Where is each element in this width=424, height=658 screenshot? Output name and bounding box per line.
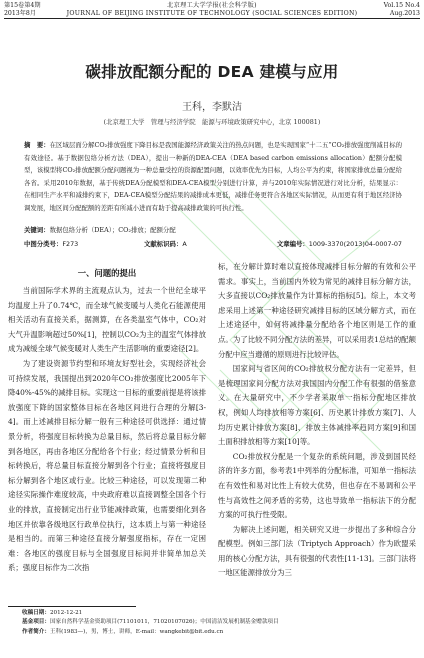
article-title: 碳排放配额分配的 DEA 建模与应用	[0, 60, 424, 82]
header-divider	[4, 18, 420, 19]
journal-name-cn: 北京理工大学学报(社会科学版)	[56, 2, 368, 10]
footnote-divider	[8, 606, 136, 607]
body-paragraph: CO₂排放权分配是一个复杂的系统问题，涉及到国民经济的许多方面，参考表1中列举的…	[218, 450, 416, 523]
article-no-value: 1009-3370(2013)04-0007-07	[309, 240, 402, 248]
clc-value: F273	[62, 240, 78, 248]
doc-code-value: A	[182, 240, 186, 248]
body-paragraph: 当前国际学术界的主流观点认为，过去一个世纪全球平均温度上升了0.74℃，而全球气…	[8, 284, 206, 357]
volume-cn: 第15卷第4期	[4, 2, 56, 10]
body-paragraph: 标，在分解计算时难以直接体现减排目标分解的有效和公平需求。事实上，当前国内外较为…	[218, 260, 416, 362]
received-value: 2012-12-21	[50, 610, 82, 616]
date-en: Aug.2013	[368, 10, 420, 18]
body-column-right: 标，在分解计算时难以直接体现减排目标分解的有效和公平需求。事实上，当前国内外较为…	[218, 260, 416, 581]
section-heading: 一、问题的提出	[8, 266, 206, 280]
author-bio-label: 作者简介：	[22, 629, 50, 635]
abstract-text: 在区域层面分解CO₂排放强度下降目标是我国能源经济政策关注的热点问题，也是实现国…	[24, 141, 402, 212]
body-paragraph: 为解决上述问题，相关研究又进一步提出了多种综合分配模型。例如三部门法（Tript…	[218, 523, 416, 581]
article-no-label: 文章编号：	[277, 240, 309, 248]
keywords-label: 关键词：	[24, 226, 50, 234]
body-paragraph: 为了建设资源节约型和环境友好型社会，实现经济社会可持续发展，我国提出到2020年…	[8, 357, 206, 576]
keywords: 关键词：数据包络分析（DEA）；CO₂排放；配额分配	[24, 225, 402, 234]
fund-value: 国家自然科学基金资助项目(71101011，71020107026)；中国清洁发…	[50, 619, 279, 625]
author-affiliation: (北京理工大学 管理与经济学院 能源与环境政策研究中心，北京 100081)	[0, 117, 424, 126]
article-authors: 王科，李默洁	[0, 98, 424, 113]
doc-code-label: 文献标识码：	[144, 240, 182, 248]
received-label: 收稿日期：	[22, 610, 50, 616]
volume-en: Vol.15 No.4	[368, 2, 420, 10]
author-bio-value: 王科(1983—)，男，博士，讲师，E-mail：wangkebit@bit.e…	[50, 629, 223, 635]
clc-label: 中图分类号：	[24, 240, 62, 248]
body-paragraph: 国家间与省区间的CO₂排放权分配方法有一定差异，但是梳理国家间分配方法对我国国内…	[218, 362, 416, 450]
classification-line: 中图分类号：F273 文献标识码：A 文章编号：1009-3370(2013)0…	[24, 239, 402, 248]
footnotes: 收稿日期：2012-12-21 基金项目：国家自然科学基金资助项目(711010…	[22, 609, 416, 637]
journal-name-en: JOURNAL OF BEIJING INSTITUTE OF TECHNOLO…	[56, 10, 368, 18]
abstract-label: 摘 要：	[24, 141, 50, 149]
fund-label: 基金项目：	[22, 619, 50, 625]
abstract: 摘 要：在区域层面分解CO₂排放强度下降目标是我国能源经济政策关注的热点问题，也…	[24, 139, 402, 215]
keywords-text: 数据包络分析（DEA）；CO₂排放；配额分配	[50, 226, 176, 234]
date-cn: 2013年8月	[4, 10, 56, 18]
body-column-left: 一、问题的提出 当前国际学术界的主流观点认为，过去一个世纪全球平均温度上升了0.…	[8, 260, 206, 576]
running-header: 第15卷第4期 北京理工大学学报(社会科学版) Vol.15 No.4 2013…	[4, 2, 420, 17]
